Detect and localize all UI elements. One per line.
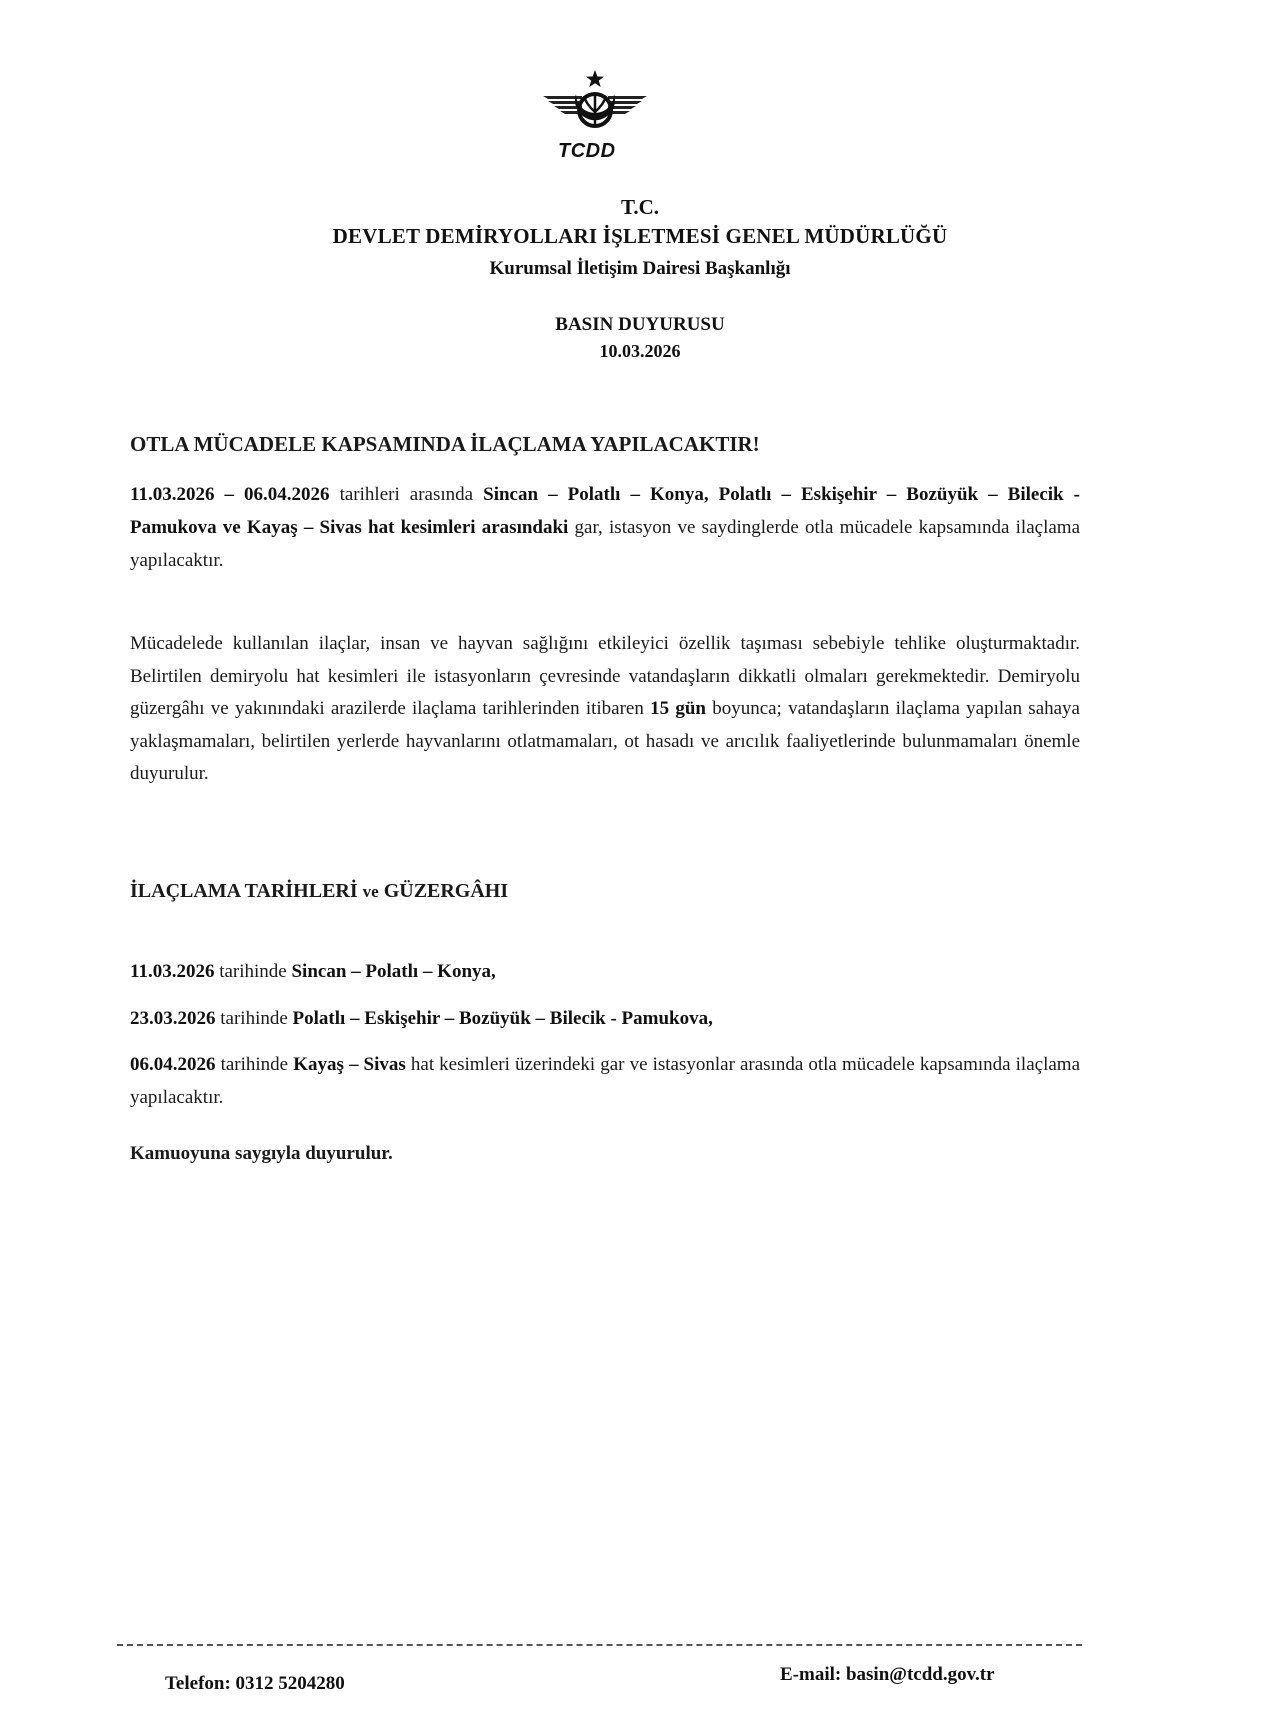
schedule-date: 11.03.2026 — [130, 961, 214, 982]
schedule-heading-part: ve — [363, 882, 379, 901]
schedule-heading: İLAÇLAMA TARİHLERİ ve GÜZERGÂHI — [130, 875, 1080, 908]
announcement-title: OTLA MÜCADELE KAPSAMINDA İLAÇLAMA YAPILA… — [130, 428, 1080, 461]
schedule-connector: tarihinde — [216, 1054, 294, 1075]
paragraph-text: tarihleri arasında — [330, 484, 484, 505]
press-release-page: TCDD T.C. DEVLET DEMİRYOLLARI İŞLETMESİ … — [0, 0, 1280, 1723]
footer-phone: Telefon: 0312 5204280 — [165, 1673, 345, 1695]
schedule-item: 23.03.2026 tarihinde Polatlı – Eskişehir… — [130, 1002, 1080, 1035]
header-department: Kurumsal İletişim Dairesi Başkanlığı — [0, 258, 1280, 280]
schedule-item: 11.03.2026 tarihinde Sincan – Polatlı – … — [130, 955, 1080, 988]
paragraph-warning: Mücadelede kullanılan ilaçlar, insan ve … — [130, 628, 1080, 791]
duration: 15 gün — [650, 698, 706, 719]
schedule-connector: tarihinde — [214, 961, 291, 982]
document-date: 10.03.2026 — [0, 341, 1280, 362]
schedule-heading-part: İLAÇLAMA TARİHLERİ — [130, 880, 363, 902]
schedule-date: 23.03.2026 — [130, 1008, 216, 1029]
header-tc: T.C. — [0, 195, 1280, 220]
schedule-route: Sincan – Polatlı – Konya, — [291, 961, 495, 982]
schedule-date: 06.04.2026 — [130, 1054, 216, 1075]
footer-email: E-mail: basin@tcdd.gov.tr — [780, 1664, 995, 1686]
schedule-route: Polatlı – Eskişehir – Bozüyük – Bilecik … — [293, 1008, 713, 1029]
paragraph-intro: 11.03.2026 – 06.04.2026 tarihleri arasın… — [130, 478, 1080, 577]
schedule-item: 06.04.2026 tarihinde Kayaş – Sivas hat k… — [130, 1048, 1080, 1114]
schedule-route: Kayaş – Sivas — [293, 1054, 406, 1075]
closing-statement: Kamuoyuna saygıyla duyurulur. — [130, 1137, 1080, 1170]
header-organization: DEVLET DEMİRYOLLARI İŞLETMESİ GENEL MÜDÜ… — [0, 224, 1280, 249]
schedule-connector: tarihinde — [216, 1008, 293, 1029]
date-range: 11.03.2026 – 06.04.2026 — [130, 484, 330, 505]
footer-divider — [117, 1644, 1082, 1646]
document-type: BASIN DUYURUSU — [0, 314, 1280, 336]
tcdd-winged-emblem-icon — [540, 68, 650, 143]
schedule-heading-part: GÜZERGÂHI — [379, 880, 508, 902]
logo-text: TCDD — [558, 140, 616, 163]
